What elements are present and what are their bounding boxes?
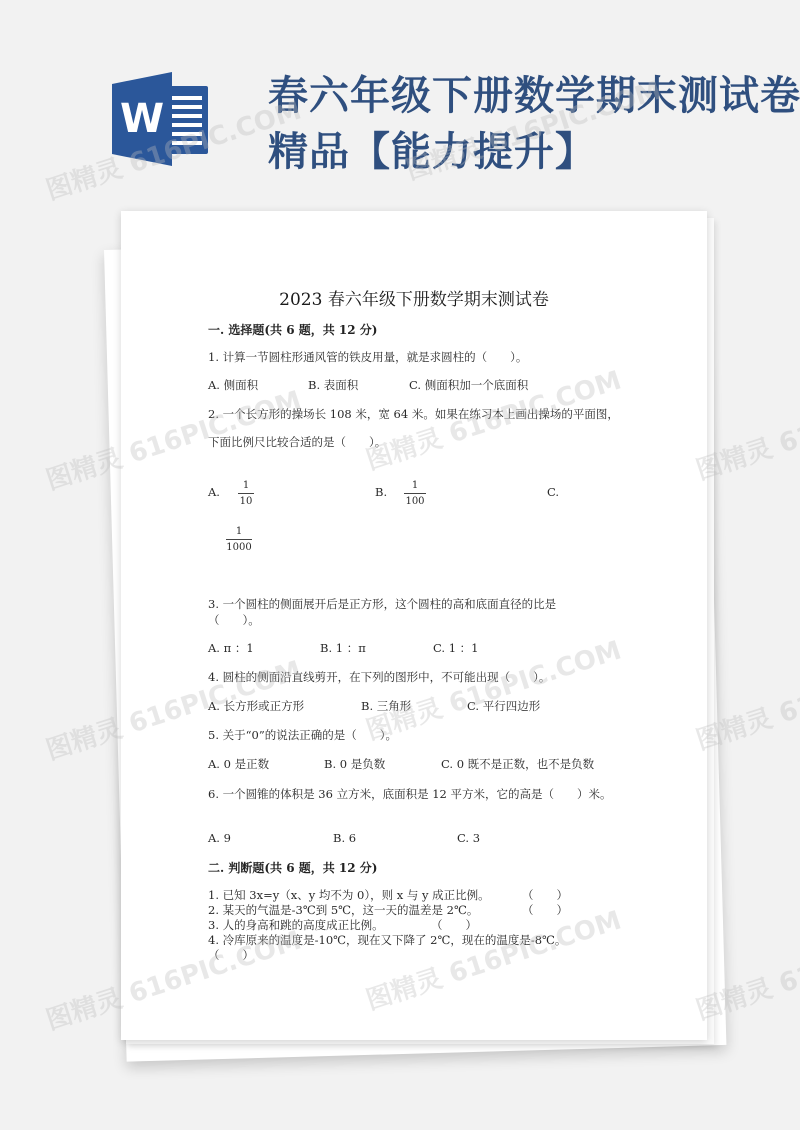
section-heading-choice: 一. 选择题(共 6 题，共 12 分) <box>208 321 377 338</box>
q4-option-b: B. 三角形 <box>361 698 411 714</box>
q3-option-a: A. π ：1 <box>208 640 254 656</box>
q6-option-b: B. 6 <box>333 831 356 845</box>
q1-option-c: C. 侧面积加一个底面积 <box>409 377 528 393</box>
word-icon: W <box>112 72 212 166</box>
judge-item-4-blank: （ ） <box>208 948 254 963</box>
q5-option-c: C. 0 既不是正数，也不是负数 <box>441 756 594 772</box>
judge-item-3-blank: （ ） <box>431 918 477 933</box>
title-line-1: 春六年级下册数学期末测试卷 <box>268 68 748 124</box>
document-title: 2023 春六年级下册数学期末测试卷 <box>121 285 707 310</box>
q2-option-a-fraction: 1 10 <box>238 479 254 508</box>
question-3-line-2: （ ）。 <box>208 612 260 628</box>
q5-option-b: B. 0 是负数 <box>324 756 385 772</box>
svg-text:W: W <box>120 96 164 142</box>
q3-option-b: B. 1 ：π <box>320 640 366 656</box>
q6-option-a: A. 9 <box>208 831 231 845</box>
question-3-line-1: 3. 一个圆柱的侧面展开后是正方形，这个圆柱的高和底面直径的比是 <box>208 596 556 612</box>
q4-option-c: C. 平行四边形 <box>467 698 540 714</box>
document-page: 2023 春六年级下册数学期末测试卷 一. 选择题(共 6 题，共 12 分) … <box>121 211 707 1040</box>
q2-option-a-label: A. <box>208 485 220 499</box>
q6-option-c: C. 3 <box>457 831 480 845</box>
judge-item-2-blank: （ ） <box>522 903 568 918</box>
q5-option-a: A. 0 是正数 <box>208 756 269 772</box>
q2-option-b-label: B. <box>375 485 387 499</box>
judge-item-1: 1. 已知 3x=y（x、y 均不为 0），则 x 与 y 成正比例。 <box>208 888 490 903</box>
q4-option-a: A. 长方形或正方形 <box>208 698 304 714</box>
section-heading-judge: 二. 判断题(共 6 题，共 12 分) <box>208 859 377 876</box>
q2-option-c-fraction: 1 1000 <box>226 525 252 554</box>
judge-item-1-blank: （ ） <box>522 888 568 903</box>
question-5: 5. 关于“0”的说法正确的是（ ）。 <box>208 727 397 743</box>
q2-option-b-fraction: 1 100 <box>404 479 426 508</box>
judge-item-2: 2. 某天的气温是-3℃到 5℃，这一天的温差是 2℃。 <box>208 903 478 918</box>
question-2-line-1: 2. 一个长方形的操场长 108 米，宽 64 米。如果在练习本上画出操场的平面… <box>208 406 619 422</box>
q1-option-a: A. 侧面积 <box>208 377 258 393</box>
question-4: 4. 圆柱的侧面沿直线剪开，在下列的图形中，不可能出现（ ）。 <box>208 669 550 685</box>
judge-item-3: 3. 人的身高和跳的高度成正比例。 <box>208 918 384 933</box>
q2-option-c-label: C. <box>547 485 559 499</box>
header: W 春六年级下册数学期末测试卷 精品【能力提升】 <box>0 0 800 200</box>
q3-option-c: C. 1 ：1 <box>433 640 479 656</box>
q1-option-b: B. 表面积 <box>308 377 358 393</box>
question-6: 6. 一个圆锥的体积是 36 立方米，底面积是 12 平方米，它的高是（ ）米。 <box>208 786 612 802</box>
judge-item-4: 4. 冷库原来的温度是-10℃，现在又下降了 2℃，现在的温度是-8℃。 <box>208 933 566 948</box>
page-title: 春六年级下册数学期末测试卷 精品【能力提升】 <box>268 68 748 180</box>
question-2-line-2: 下面比例尺比较合适的是（ ）。 <box>208 434 386 450</box>
question-1: 1. 计算一节圆柱形通风管的铁皮用量，就是求圆柱的（ ）。 <box>208 349 527 365</box>
title-line-2: 精品【能力提升】 <box>268 124 748 180</box>
